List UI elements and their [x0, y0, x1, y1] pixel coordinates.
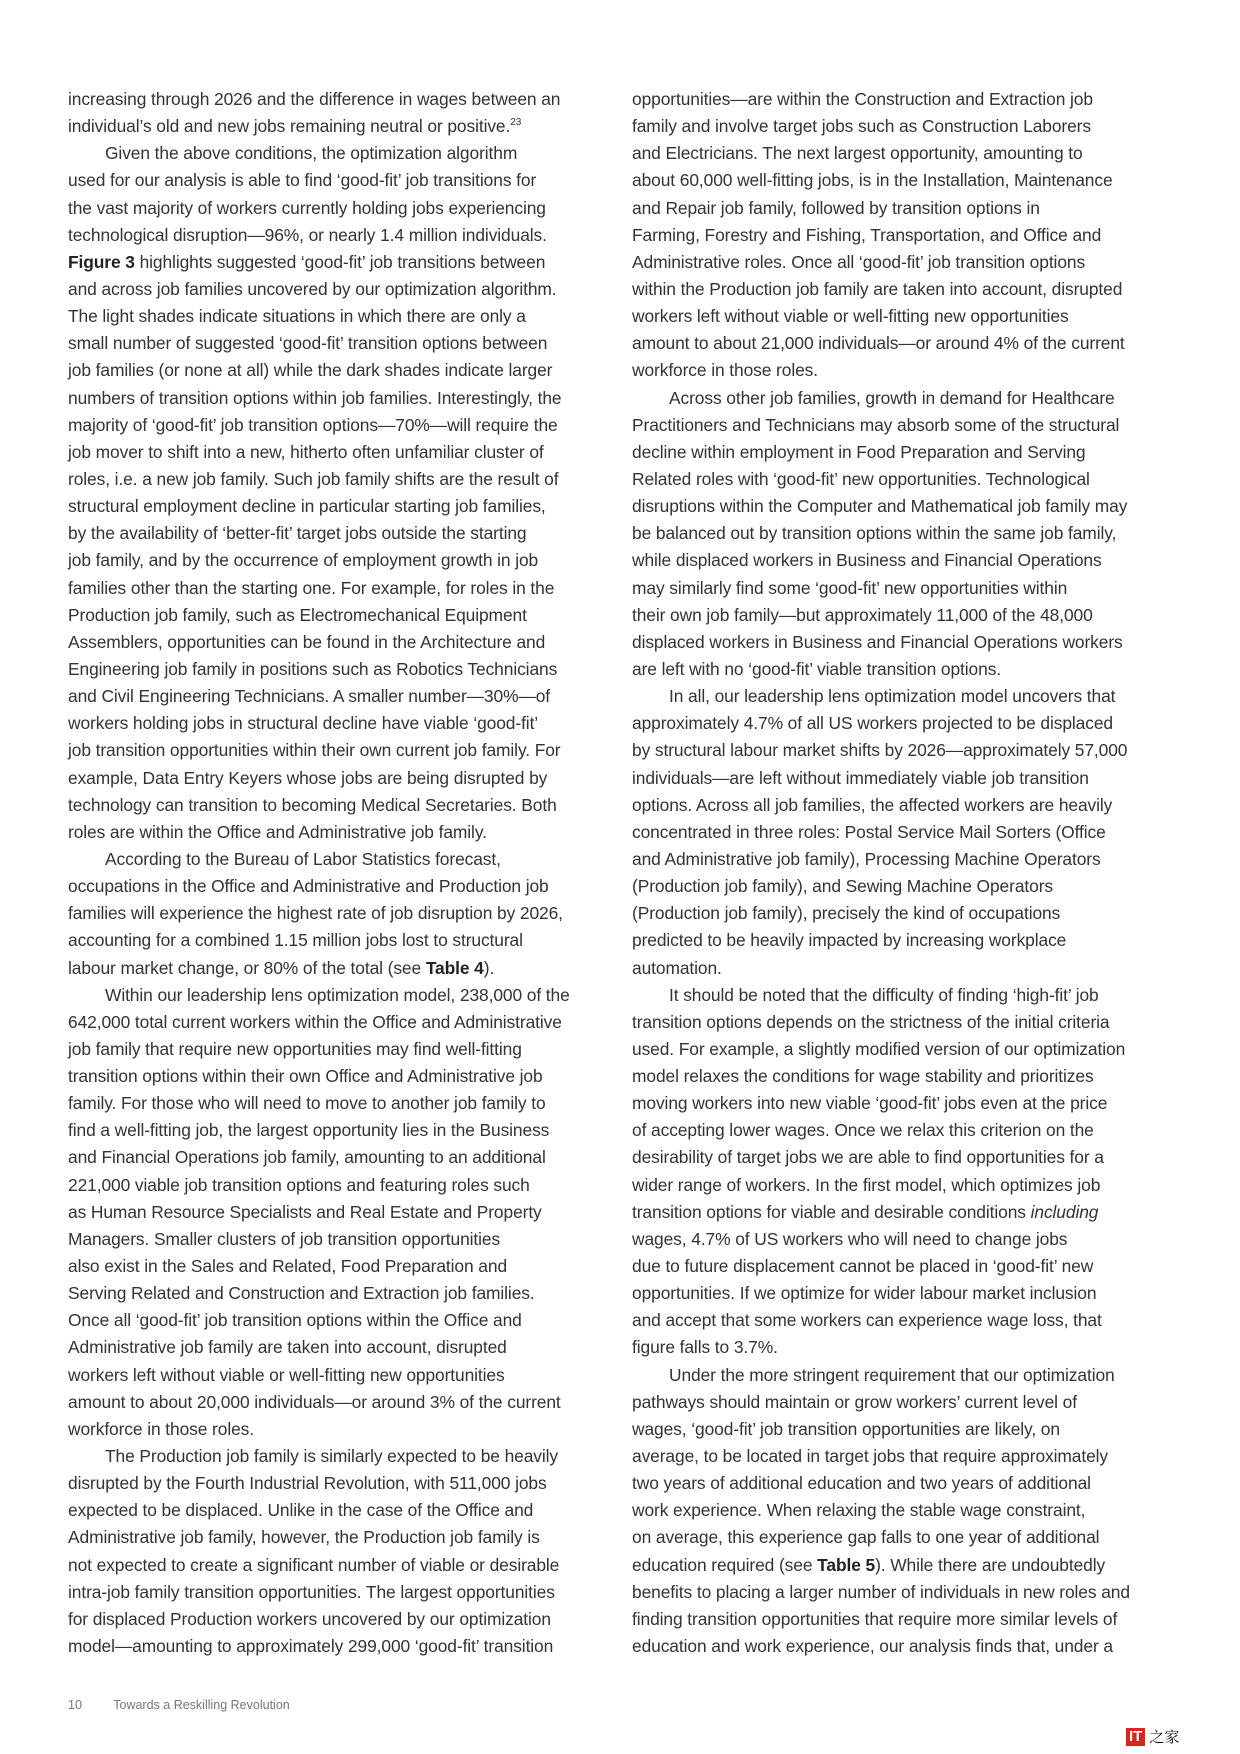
line-text: It should be noted that the difficulty o… [669, 985, 1099, 1005]
text-line: amount to about 20,000 individuals—or ar… [68, 1389, 613, 1416]
line-text: 642,000 total current workers within the… [68, 1012, 562, 1032]
line-text: and across job families uncovered by our… [68, 279, 557, 299]
line-text: Once all ‘good-fit’ job transition optio… [68, 1310, 522, 1330]
text-line: and across job families uncovered by our… [68, 276, 613, 303]
line-text: Administrative roles. Once all ‘good-fit… [632, 252, 1085, 272]
text-line: 221,000 viable job transition options an… [68, 1172, 613, 1199]
text-line: as Human Resource Specialists and Real E… [68, 1199, 613, 1226]
line-text: occupations in the Office and Administra… [68, 876, 549, 896]
line-text: Given the above conditions, the optimiza… [105, 143, 517, 163]
text-line: transition options for viable and desira… [632, 1199, 1177, 1226]
line-text: opportunities—are within the Constructio… [632, 89, 1093, 109]
line-text: workers left without viable or well-fitt… [632, 306, 1069, 326]
text-line: Assemblers, opportunities can be found i… [68, 629, 613, 656]
line-text: 221,000 viable job transition options an… [68, 1175, 530, 1195]
line-text: model—amounting to approximately 299,000… [68, 1636, 553, 1656]
text-line: job transition opportunities within thei… [68, 737, 613, 764]
text-line: transition options within their own Offi… [68, 1063, 613, 1090]
text-line: disruptions within the Computer and Math… [632, 493, 1177, 520]
line-text: by the availability of ‘better-fit’ targ… [68, 523, 527, 543]
line-text: Serving Related and Construction and Ext… [68, 1283, 535, 1303]
text-line: example, Data Entry Keyers whose jobs ar… [68, 765, 613, 792]
right-column: opportunities—are within the Constructio… [632, 86, 1177, 1660]
text-line: Once all ‘good-fit’ job transition optio… [68, 1307, 613, 1334]
text-line: model—amounting to approximately 299,000… [68, 1633, 613, 1660]
publication-title: Towards a Reskilling Revolution [113, 1698, 289, 1712]
line-text: technological disruption—96%, or nearly … [68, 225, 547, 245]
text-line: intra-job family transition opportunitie… [68, 1579, 613, 1606]
line-text: labour market change, or 80% of the tota… [68, 958, 426, 978]
line-text: find a well-fitting job, the largest opp… [68, 1120, 549, 1140]
text-line: increasing through 2026 and the differen… [68, 86, 613, 113]
line-text: desirability of target jobs we are able … [632, 1147, 1104, 1167]
figure-reference: Figure 3 [68, 252, 135, 272]
text-line: benefits to placing a larger number of i… [632, 1579, 1177, 1606]
line-text: used for our analysis is able to find ‘g… [68, 170, 536, 190]
line-text: Administrative job family are taken into… [68, 1337, 507, 1357]
line-text: be balanced out by transition options wi… [632, 523, 1116, 543]
text-line: on average, this experience gap falls to… [632, 1524, 1177, 1551]
text-line: job family that require new opportunitie… [68, 1036, 613, 1063]
text-line: opportunities—are within the Constructio… [632, 86, 1177, 113]
text-line: Engineering job family in positions such… [68, 656, 613, 683]
text-line: be balanced out by transition options wi… [632, 520, 1177, 547]
line-text: work experience. When relaxing the stabl… [632, 1500, 1085, 1520]
line-text: increasing through 2026 and the differen… [68, 89, 560, 109]
line-text: not expected to create a significant num… [68, 1555, 559, 1575]
text-line: Production job family, such as Electrome… [68, 602, 613, 629]
line-text: may similarly find some ‘good-fit’ new o… [632, 578, 1067, 598]
text-line: Farming, Forestry and Fishing, Transport… [632, 222, 1177, 249]
text-line: due to future displacement cannot be pla… [632, 1253, 1177, 1280]
line-text: finding transition opportunities that re… [632, 1609, 1117, 1629]
text-line: education and work experience, our analy… [632, 1633, 1177, 1660]
text-line: amount to about 21,000 individuals—or ar… [632, 330, 1177, 357]
text-line: numbers of transition options within job… [68, 385, 613, 412]
text-line: roles, i.e. a new job family. Such job f… [68, 466, 613, 493]
text-line: Across other job families, growth in dem… [632, 385, 1177, 412]
text-line: the vast majority of workers currently h… [68, 195, 613, 222]
text-line: and Repair job family, followed by trans… [632, 195, 1177, 222]
line-text: wages, ‘good-fit’ job transition opportu… [632, 1419, 1060, 1439]
line-text: Related roles with ‘good-fit’ new opport… [632, 469, 1090, 489]
text-line: It should be noted that the difficulty o… [632, 982, 1177, 1009]
text-line: majority of ‘good-fit’ job transition op… [68, 412, 613, 439]
text-line: families other than the starting one. Fo… [68, 575, 613, 602]
line-text: displaced workers in Business and Financ… [632, 632, 1123, 652]
text-line: finding transition opportunities that re… [632, 1606, 1177, 1633]
line-text: disrupted by the Fourth Industrial Revol… [68, 1473, 547, 1493]
text-line: Administrative job family, however, the … [68, 1524, 613, 1551]
line-text: and Financial Operations job family, amo… [68, 1147, 546, 1167]
line-text: workers left without viable or well-fitt… [68, 1365, 505, 1385]
text-line: Serving Related and Construction and Ext… [68, 1280, 613, 1307]
line-text: numbers of transition options within job… [68, 388, 562, 408]
text-line: technology can transition to becoming Me… [68, 792, 613, 819]
line-text: also exist in the Sales and Related, Foo… [68, 1256, 507, 1276]
line-text: due to future displacement cannot be pla… [632, 1256, 1093, 1276]
text-line: used. For example, a slightly modified v… [632, 1036, 1177, 1063]
text-line: family and involve target jobs such as C… [632, 113, 1177, 140]
line-text: families other than the starting one. Fo… [68, 578, 554, 598]
text-line: Under the more stringent requirement tha… [632, 1362, 1177, 1389]
line-text: The Production job family is similarly e… [105, 1446, 558, 1466]
line-text: amount to about 20,000 individuals—or ar… [68, 1392, 561, 1412]
text-line: opportunities. If we optimize for wider … [632, 1280, 1177, 1307]
text-line: families will experience the highest rat… [68, 900, 613, 927]
table-reference: Table 5 [817, 1555, 875, 1575]
line-text: used. For example, a slightly modified v… [632, 1039, 1125, 1059]
text-line: structural employment decline in particu… [68, 493, 613, 520]
line-text: on average, this experience gap falls to… [632, 1527, 1099, 1547]
footnote-marker: 23 [510, 117, 521, 128]
line-text: (Production job family), precisely the k… [632, 903, 1060, 923]
text-line: Given the above conditions, the optimiza… [68, 140, 613, 167]
text-line: decline within employment in Food Prepar… [632, 439, 1177, 466]
line-text: workforce in those roles. [632, 360, 818, 380]
line-text: According to the Bureau of Labor Statist… [105, 849, 501, 869]
text-line: In all, our leadership lens optimization… [632, 683, 1177, 710]
line-text: decline within employment in Food Prepar… [632, 442, 1085, 462]
line-text: Managers. Smaller clusters of job transi… [68, 1229, 500, 1249]
line-text: transition options depends on the strict… [632, 1012, 1110, 1032]
line-text: moving workers into new viable ‘good-fit… [632, 1093, 1107, 1113]
text-line: Managers. Smaller clusters of job transi… [68, 1226, 613, 1253]
left-column: increasing through 2026 and the differen… [68, 86, 613, 1660]
line-text: are left with no ‘good-fit’ viable trans… [632, 659, 1001, 679]
text-line: According to the Bureau of Labor Statist… [68, 846, 613, 873]
line-text: small number of suggested ‘good-fit’ tra… [68, 333, 547, 353]
text-line: occupations in the Office and Administra… [68, 873, 613, 900]
text-line: work experience. When relaxing the stabl… [632, 1497, 1177, 1524]
line-text: example, Data Entry Keyers whose jobs ar… [68, 768, 547, 788]
text-line: and Electricians. The next largest oppor… [632, 140, 1177, 167]
text-line: within the Production job family are tak… [632, 276, 1177, 303]
line-text: family and involve target jobs such as C… [632, 116, 1091, 136]
text-line: their own job family—but approximately 1… [632, 602, 1177, 629]
line-text: Farming, Forestry and Fishing, Transport… [632, 225, 1101, 245]
line-text: wages, 4.7% of US workers who will need … [632, 1229, 1067, 1249]
line-text: Across other job families, growth in dem… [669, 388, 1115, 408]
text-line: job families (or none at all) while the … [68, 357, 613, 384]
line-text: In all, our leadership lens optimization… [669, 686, 1115, 706]
text-line: about 60,000 well-fitting jobs, is in th… [632, 167, 1177, 194]
text-line: concentrated in three roles: Postal Serv… [632, 819, 1177, 846]
line-text: while displaced workers in Business and … [632, 550, 1102, 570]
line-text: figure falls to 3.7%. [632, 1337, 778, 1357]
line-text: and Administrative job family), Processi… [632, 849, 1101, 869]
text-line: workers holding jobs in structural decli… [68, 710, 613, 737]
table-reference: Table 4 [426, 958, 484, 978]
text-line: small number of suggested ‘good-fit’ tra… [68, 330, 613, 357]
line-text: average, to be located in target jobs th… [632, 1446, 1108, 1466]
text-line: roles are within the Office and Administ… [68, 819, 613, 846]
text-line: by structural labour market shifts by 20… [632, 737, 1177, 764]
text-line: 642,000 total current workers within the… [68, 1009, 613, 1036]
line-text: Within our leadership lens optimization … [105, 985, 570, 1005]
text-line: transition options depends on the strict… [632, 1009, 1177, 1036]
line-text: for displaced Production workers uncover… [68, 1609, 551, 1629]
line-text: ). [484, 958, 494, 978]
text-line: predicted to be heavily impacted by incr… [632, 927, 1177, 954]
line-text: workforce in those roles. [68, 1419, 254, 1439]
line-text: options. Across all job families, the af… [632, 795, 1112, 815]
line-text: ). While there are undoubtedly [875, 1555, 1105, 1575]
text-line: family. For those who will need to move … [68, 1090, 613, 1117]
text-line: displaced workers in Business and Financ… [632, 629, 1177, 656]
line-text: education required (see [632, 1555, 817, 1575]
line-text: technology can transition to becoming Me… [68, 795, 557, 815]
text-line: also exist in the Sales and Related, Foo… [68, 1253, 613, 1280]
page-footer: 10 Towards a Reskilling Revolution [68, 1698, 290, 1712]
line-text: Administrative job family, however, the … [68, 1527, 540, 1547]
line-text: highlights suggested ‘good-fit’ job tran… [135, 252, 545, 272]
text-line: disrupted by the Fourth Industrial Revol… [68, 1470, 613, 1497]
line-text: job mover to shift into a new, hitherto … [68, 442, 544, 462]
text-line: used for our analysis is able to find ‘g… [68, 167, 613, 194]
line-text: disruptions within the Computer and Math… [632, 496, 1127, 516]
line-text: benefits to placing a larger number of i… [632, 1582, 1130, 1602]
text-line: are left with no ‘good-fit’ viable trans… [632, 656, 1177, 683]
text-line: wages, 4.7% of US workers who will need … [632, 1226, 1177, 1253]
text-line: labour market change, or 80% of the tota… [68, 955, 613, 982]
line-text: Assemblers, opportunities can be found i… [68, 632, 545, 652]
emphasis-text: including [1031, 1202, 1099, 1222]
line-text: family. For those who will need to move … [68, 1093, 546, 1113]
text-line: Practitioners and Technicians may absorb… [632, 412, 1177, 439]
text-line: accounting for a combined 1.15 million j… [68, 927, 613, 954]
text-line: two years of additional education and tw… [632, 1470, 1177, 1497]
text-line: (Production job family), precisely the k… [632, 900, 1177, 927]
text-line: and Administrative job family), Processi… [632, 846, 1177, 873]
line-text: job transition opportunities within thei… [68, 740, 561, 760]
text-line: job family, and by the occurrence of emp… [68, 547, 613, 574]
line-text: intra-job family transition opportunitie… [68, 1582, 555, 1602]
text-line: Within our leadership lens optimization … [68, 982, 613, 1009]
line-text: as Human Resource Specialists and Real E… [68, 1202, 542, 1222]
line-text: and Electricians. The next largest oppor… [632, 143, 1083, 163]
text-line: wider range of workers. In the first mod… [632, 1172, 1177, 1199]
text-line: automation. [632, 955, 1177, 982]
text-line: Administrative roles. Once all ‘good-fit… [632, 249, 1177, 276]
line-text: opportunities. If we optimize for wider … [632, 1283, 1096, 1303]
line-text: pathways should maintain or grow workers… [632, 1392, 1077, 1412]
line-text: the vast majority of workers currently h… [68, 198, 546, 218]
line-text: structural employment decline in particu… [68, 496, 546, 516]
text-line: individuals—are left without immediately… [632, 765, 1177, 792]
text-line: approximately 4.7% of all US workers pro… [632, 710, 1177, 737]
line-text: individuals—are left without immediately… [632, 768, 1089, 788]
line-text: majority of ‘good-fit’ job transition op… [68, 415, 558, 435]
text-line: and Civil Engineering Technicians. A sma… [68, 683, 613, 710]
it-logo-icon: IT [1126, 1728, 1145, 1746]
text-line: by the availability of ‘better-fit’ targ… [68, 520, 613, 547]
text-line: job mover to shift into a new, hitherto … [68, 439, 613, 466]
line-text: about 60,000 well-fitting jobs, is in th… [632, 170, 1113, 190]
line-text: Engineering job family in positions such… [68, 659, 557, 679]
text-line: Figure 3 highlights suggested ‘good-fit’… [68, 249, 613, 276]
line-text: Production job family, such as Electrome… [68, 605, 527, 625]
text-line: (Production job family), and Sewing Mach… [632, 873, 1177, 900]
watermark-logo: IT 之家 [1126, 1726, 1179, 1747]
line-text: two years of additional education and tw… [632, 1473, 1091, 1493]
page-number: 10 [68, 1698, 110, 1712]
text-line: and Financial Operations job family, amo… [68, 1144, 613, 1171]
line-text: Practitioners and Technicians may absorb… [632, 415, 1119, 435]
text-line: and accept that some workers can experie… [632, 1307, 1177, 1334]
line-text: families will experience the highest rat… [68, 903, 563, 923]
line-text: their own job family—but approximately 1… [632, 605, 1093, 625]
line-text: transition options within their own Offi… [68, 1066, 543, 1086]
watermark-text: 之家 [1149, 1726, 1179, 1747]
text-line: workforce in those roles. [632, 357, 1177, 384]
text-line: education required (see Table 5). While … [632, 1552, 1177, 1579]
line-text: automation. [632, 958, 722, 978]
line-text: and Civil Engineering Technicians. A sma… [68, 686, 550, 706]
text-line: expected to be displaced. Unlike in the … [68, 1497, 613, 1524]
line-text: job family that require new opportunitie… [68, 1039, 522, 1059]
line-text: amount to about 21,000 individuals—or ar… [632, 333, 1125, 353]
text-line: desirability of target jobs we are able … [632, 1144, 1177, 1171]
line-text: approximately 4.7% of all US workers pro… [632, 713, 1113, 733]
line-text: roles are within the Office and Administ… [68, 822, 487, 842]
line-text: education and work experience, our analy… [632, 1636, 1113, 1656]
text-line: wages, ‘good-fit’ job transition opportu… [632, 1416, 1177, 1443]
text-line: workers left without viable or well-fitt… [68, 1362, 613, 1389]
text-line: not expected to create a significant num… [68, 1552, 613, 1579]
line-text: individual’s old and new jobs remaining … [68, 116, 510, 136]
text-line: model relaxes the conditions for wage st… [632, 1063, 1177, 1090]
line-text: of accepting lower wages. Once we relax … [632, 1120, 1094, 1140]
line-text: job family, and by the occurrence of emp… [68, 550, 538, 570]
text-line: while displaced workers in Business and … [632, 547, 1177, 574]
text-line: find a well-fitting job, the largest opp… [68, 1117, 613, 1144]
line-text: and Repair job family, followed by trans… [632, 198, 1040, 218]
text-line: The Production job family is similarly e… [68, 1443, 613, 1470]
line-text: wider range of workers. In the first mod… [632, 1175, 1100, 1195]
text-line: moving workers into new viable ‘good-fit… [632, 1090, 1177, 1117]
line-text: model relaxes the conditions for wage st… [632, 1066, 1094, 1086]
line-text: (Production job family), and Sewing Mach… [632, 876, 1053, 896]
line-text: workers holding jobs in structural decli… [68, 713, 538, 733]
text-line: technological disruption—96%, or nearly … [68, 222, 613, 249]
line-text: within the Production job family are tak… [632, 279, 1122, 299]
text-line: options. Across all job families, the af… [632, 792, 1177, 819]
text-line: individual’s old and new jobs remaining … [68, 113, 613, 140]
text-line: workers left without viable or well-fitt… [632, 303, 1177, 330]
text-line: may similarly find some ‘good-fit’ new o… [632, 575, 1177, 602]
line-text: expected to be displaced. Unlike in the … [68, 1500, 533, 1520]
text-line: workforce in those roles. [68, 1416, 613, 1443]
line-text: and accept that some workers can experie… [632, 1310, 1102, 1330]
text-line: Related roles with ‘good-fit’ new opport… [632, 466, 1177, 493]
line-text: The light shades indicate situations in … [68, 306, 526, 326]
line-text: concentrated in three roles: Postal Serv… [632, 822, 1106, 842]
line-text: job families (or none at all) while the … [68, 360, 552, 380]
line-text: predicted to be heavily impacted by incr… [632, 930, 1066, 950]
text-line: figure falls to 3.7%. [632, 1334, 1177, 1361]
line-text: Under the more stringent requirement tha… [669, 1365, 1115, 1385]
line-text: transition options for viable and desira… [632, 1202, 1031, 1222]
line-text: accounting for a combined 1.15 million j… [68, 930, 523, 950]
text-line: average, to be located in target jobs th… [632, 1443, 1177, 1470]
text-line: Administrative job family are taken into… [68, 1334, 613, 1361]
text-line: of accepting lower wages. Once we relax … [632, 1117, 1177, 1144]
line-text: roles, i.e. a new job family. Such job f… [68, 469, 558, 489]
line-text: by structural labour market shifts by 20… [632, 740, 1127, 760]
text-line: for displaced Production workers uncover… [68, 1606, 613, 1633]
text-line: pathways should maintain or grow workers… [632, 1389, 1177, 1416]
text-line: The light shades indicate situations in … [68, 303, 613, 330]
